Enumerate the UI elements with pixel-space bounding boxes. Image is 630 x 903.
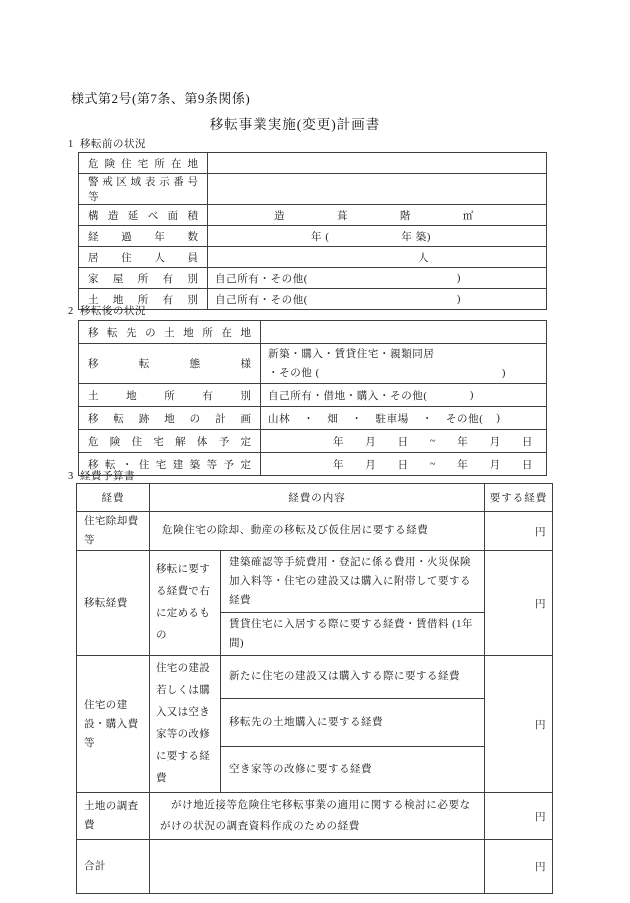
date-range-fields: 年 月 日 ~ 年 月 日 [261,453,546,475]
input-cell-site-plan: 山林 ・ 畑 ・ 駐車場 ・ その他( ) [261,407,547,430]
amount-cell: 円 [485,840,553,894]
expense-item-land-purchase: 移転先の土地購入に要する経費 [221,698,485,747]
site-plan-options: 山林 ・ 畑 ・ 駐車場 ・ その他( ) [261,407,546,429]
row-label: 警 戒 区 域 表 示 番 号 等 [79,174,207,204]
separator-dot: ・ [422,411,433,426]
table-expense-budget: 経費 経費の内容 要する経費 住宅除却費等 危険住宅の除却、動産の移転及び仮住居… [76,483,553,894]
row-label: 移 転 跡 地 の 計 画 [79,411,260,426]
column-header-expense-detail: 経費の内容 [150,484,485,512]
elapsed-years-fields: 年 ( 年 築) [208,226,546,246]
table-row: 住宅の建設・購入費等 住宅の建設若しくは購入又は空き家等の改修に要する経費 新た… [77,656,553,699]
amount-cell: 円 [485,656,553,793]
tilde: ~ [430,459,436,470]
separator-dot: ・ [351,411,362,426]
date-range-fields: 年 月 日 ~ 年 月 日 [261,430,546,452]
unit-zou: 造 [274,208,285,223]
row-label: 危 険 住 宅 所 在 地 [79,156,207,171]
closing-paren: ) [457,273,461,284]
expense-sublabel-construction: 住宅の建設若しくは購入又は空き家等の改修に要する経費 [150,656,221,793]
input-cell-construction-schedule: 年 月 日 ~ 年 月 日 [261,453,547,476]
expense-detail-demolition: 危険住宅の除却、動産の移転及び仮住居に要する経費 [150,512,485,551]
table-row: 土 地 所 有 別 自己所有・借地・購入・その他( ) [79,384,547,407]
tilde: ~ [430,436,436,447]
option-text: ・その他 ( [268,364,320,383]
option-text: その他( [446,411,483,426]
unit-m2: ㎡ [463,208,474,223]
input-cell-house-ownership: 自己所有・その他( ) [208,268,547,289]
row-label: 居 住 人 員 [79,250,207,265]
label-cell: 危 険 住 宅 所 在 地 [79,153,208,174]
expense-label-relocation: 移転経費 [77,551,150,656]
label-cell: 居 住 人 員 [79,247,208,268]
unit-month: 月 [490,434,501,449]
label-cell: 移 転 態 様 [79,344,261,384]
structure-area-fields: 造 葺 階 ㎡ [208,205,546,225]
unit-day: 日 [522,434,533,449]
header-row: 経費 経費の内容 要する経費 [77,484,553,512]
input-cell-residents: 人 [208,247,547,268]
table-row: 合計 円 [77,840,553,894]
table-row: 経 過 年 数 年 ( 年 築) [79,226,547,247]
unit-year: 年 [457,457,468,472]
input-cell-dangerous-house-address [208,153,547,174]
table-row: 移転経費 移転に要する経費で右に定めるもの 建築確認等手続費用・登記に係る費用・… [77,551,553,613]
expense-label-land-survey: 土地の調査費 [77,793,150,840]
option-text: 山林 [268,411,290,426]
input-cell-land-ownership: 自己所有・その他( ) [208,289,547,310]
amount-cell: 円 [485,512,553,551]
expense-label-demolition: 住宅除却費等 [77,512,150,551]
unit-year: 年 [457,434,468,449]
expense-label-total: 合計 [77,840,150,894]
expense-detail-total [150,840,485,894]
column-header-expense: 経費 [77,484,150,512]
amount-cell: 円 [485,793,553,840]
house-ownership-options: 自己所有・その他( ) [208,268,546,288]
section1-heading: 1 移転前の状況 [68,136,146,151]
table-row: 移 転 先 の 土 地 所 在 地 [79,321,547,344]
unit-month: 月 [490,457,501,472]
row-label: 家 屋 所 有 別 [79,271,207,286]
unit-month: 月 [365,434,376,449]
option-text: 自己所有・その他( [215,271,308,286]
table-row: 土地の調査費 がけ地近接等危険住宅移転事業の適用に関する検討に必要ながけの状況の… [77,793,553,840]
table-after-relocation: 移 転 先 の 土 地 所 在 地 移 転 態 様 新築・購入・賃貸住宅・親類同… [78,320,547,476]
row-label: 経 過 年 数 [79,229,207,244]
input-cell-land-ownership-after: 自己所有・借地・購入・その他( ) [261,384,547,407]
expense-item-vacant-house-renovation: 空き家等の改修に要する経費 [221,747,485,793]
row-label: 移 転 態 様 [79,356,260,371]
label-cell: 家 屋 所 有 別 [79,268,208,289]
unit-year-built: 年 築) [401,229,431,244]
unit-buki: 葺 [337,208,348,223]
section2-heading: 2 移転後の状況 [68,303,146,318]
option-text: 自己所有・借地・購入・その他( [268,388,428,403]
label-cell: 移 転 先 の 土 地 所 在 地 [79,321,261,344]
table-row: 移 転 態 様 新築・購入・賃貸住宅・親類同居 ・その他 ( ) [79,344,547,384]
section3-heading: 3 経費予算書 [68,468,135,483]
table-before-relocation: 危 険 住 宅 所 在 地 警 戒 区 域 表 示 番 号 等 構 造 延 べ … [78,152,547,310]
row-label: 構 造 延 べ 面 積 [79,208,207,223]
table-row: 警 戒 区 域 表 示 番 号 等 [79,174,547,205]
table-row: 土 地 所 有 別 自己所有・その他( ) [79,289,547,310]
unit-day: 日 [398,434,409,449]
options-line1: 新築・購入・賃貸住宅・親類同居 [261,345,546,364]
form-number: 様式第2号(第7条、第9条関係) [71,88,250,107]
input-cell-warning-area-number [208,174,547,205]
unit-day: 日 [522,457,533,472]
row-label: 移 転 先 の 土 地 所 在 地 [79,325,260,340]
label-cell: 土 地 所 有 別 [79,384,261,407]
label-cell: 構 造 延 べ 面 積 [79,205,208,226]
table-row: 住宅除却費等 危険住宅の除却、動産の移転及び仮住居に要する経費 円 [77,512,553,551]
row-label: 土 地 所 有 別 [79,388,260,403]
option-text: 自己所有・その他( [215,292,308,307]
input-cell-relocation-type: 新築・購入・賃貸住宅・親類同居 ・その他 ( ) [261,344,547,384]
expense-item-procedures: 建築確認等手続費用・登記に係る費用・火災保険加入料等・住宅の建設又は購入に附帯し… [221,551,485,613]
input-cell-destination-address [261,321,547,344]
unit-year: 年 [333,434,344,449]
label-cell: 危 険 住 宅 解 体 予 定 [79,430,261,453]
option-text: 畑 [327,411,338,426]
input-cell-structure-area: 造 葺 階 ㎡ [208,205,547,226]
table-row: 危 険 住 宅 所 在 地 [79,153,547,174]
table-row: 危 険 住 宅 解 体 予 定 年 月 日 ~ 年 月 日 [79,430,547,453]
land-ownership-after-options: 自己所有・借地・購入・その他( ) [261,384,546,406]
table-row: 移 転 ・ 住 宅 建 築 等 予 定 年 月 日 ~ 年 月 日 [79,453,547,476]
closing-paren: ) [496,413,500,424]
closing-paren: ) [457,294,461,305]
unit-year: 年 [333,457,344,472]
table-row: 居 住 人 員 人 [79,247,547,268]
table-row: 家 屋 所 有 別 自己所有・その他( ) [79,268,547,289]
table-row: 構 造 延 べ 面 積 造 葺 階 ㎡ [79,205,547,226]
expense-detail-land-survey: がけ地近接等危険住宅移転事業の適用に関する検討に必要ながけの状況の調査資料作成の… [150,793,485,840]
expense-item-new-construction: 新たに住宅の建設又は購入する際に要する経費 [221,656,485,699]
unit-kai: 階 [400,208,411,223]
closing-paren: ) [470,390,474,401]
column-header-required-expense: 要する経費 [485,484,553,512]
relocation-type-options: 新築・購入・賃貸住宅・親類同居 ・その他 ( ) [261,345,546,383]
expense-sublabel-relocation: 移転に要する経費で右に定めるもの [150,551,221,656]
row-label: 危 険 住 宅 解 体 予 定 [79,434,260,449]
label-cell: 移 転 跡 地 の 計 画 [79,407,261,430]
document-page: 様式第2号(第7条、第9条関係) 移転事業実施(変更)計画書 1 移転前の状況 … [0,0,630,903]
label-cell: 経 過 年 数 [79,226,208,247]
input-cell-demolition-schedule: 年 月 日 ~ 年 月 日 [261,430,547,453]
options-line2: ・その他 ( ) [261,364,546,383]
closing-paren: ) [502,364,506,383]
page-title: 移転事業実施(変更)計画書 [75,113,515,133]
label-cell: 警 戒 区 域 表 示 番 号 等 [79,174,208,205]
residents-fields: 人 [208,247,546,267]
unit-month: 月 [365,457,376,472]
unit-year-open: 年 ( [311,229,329,244]
land-ownership-options: 自己所有・その他( ) [208,289,546,309]
option-text: 駐車場 [376,411,409,426]
unit-day: 日 [398,457,409,472]
unit-person: 人 [418,250,429,265]
input-cell-elapsed-years: 年 ( 年 築) [208,226,547,247]
amount-cell: 円 [485,551,553,656]
expense-label-construction: 住宅の建設・購入費等 [77,656,150,793]
table-row: 移 転 跡 地 の 計 画 山林 ・ 畑 ・ 駐車場 ・ その他( ) [79,407,547,430]
separator-dot: ・ [303,411,314,426]
expense-item-rental: 賃貸住宅に入居する際に要する経費・賃借料 (1年間) [221,613,485,656]
